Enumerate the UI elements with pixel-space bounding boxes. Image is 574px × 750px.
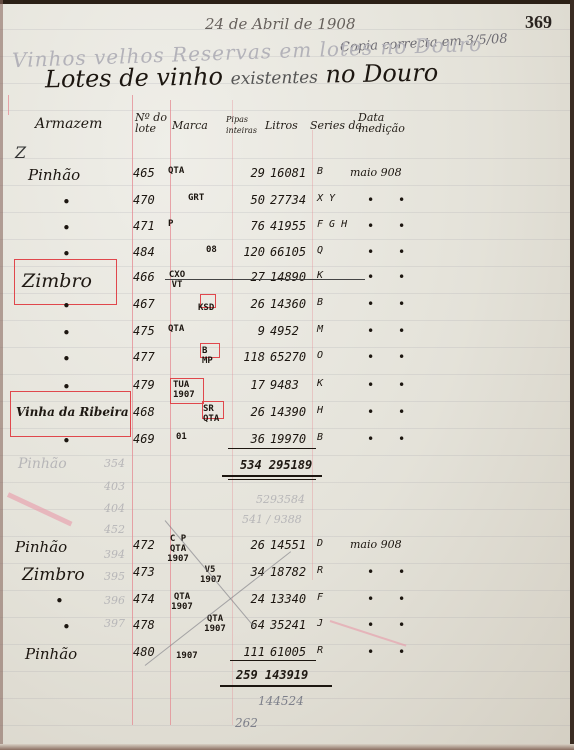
cell-lote: 473	[133, 565, 155, 579]
table-row: Pinhão 472 C P QTA 1907 26 14551 D maio …	[0, 538, 574, 562]
ledger-page: 369 24 de Abril de 1908 Copia correcta e…	[0, 0, 574, 750]
table-row: • 471 P 76 41955 F G H • •	[0, 219, 574, 243]
ditto-mark: •	[398, 193, 405, 207]
cell-serie: X Y	[317, 193, 335, 204]
cell-armazem: •	[55, 592, 64, 610]
ghost-lote: 403	[104, 480, 125, 493]
cell-litros: 35241	[270, 618, 306, 632]
cell-data: maio 908	[350, 166, 402, 179]
cell-pipas: 24	[235, 592, 265, 606]
cell-marca: QTA	[168, 166, 184, 176]
cell-pipas: 50	[235, 193, 265, 207]
cell-armazem: •	[62, 350, 71, 368]
subtotal-1: 534 295189	[240, 458, 312, 472]
ditto-mark: •	[398, 245, 405, 259]
cell-data: •	[367, 270, 374, 284]
cell-marca: CXO VT	[168, 270, 186, 290]
cell-litros: 4952	[270, 324, 299, 338]
sum-underline-2	[230, 660, 316, 661]
ghost-total: 5293584	[256, 493, 305, 506]
cell-serie: F	[317, 592, 323, 603]
cell-lote: 484	[133, 245, 155, 259]
cell-armazem: •	[62, 219, 71, 237]
cell-marca: 01	[176, 432, 187, 442]
cell-serie: R	[317, 565, 323, 576]
cell-litros: 61005	[270, 645, 306, 659]
cell-marca: B MP	[202, 346, 220, 366]
cell-serie: K	[317, 378, 323, 389]
cell-marca: TUA 1907	[173, 380, 201, 400]
cell-lote: 465	[133, 166, 155, 180]
table-row: • 474 QTA 1907 24 13340 F • •	[0, 592, 574, 616]
cell-serie: M	[317, 324, 323, 335]
cell-serie: F G H	[317, 219, 347, 230]
cell-litros: 18782	[270, 565, 306, 579]
cell-armazem: •	[62, 297, 71, 315]
cell-lote: 466	[133, 270, 155, 284]
cell-pipas: 118	[235, 350, 265, 364]
ghost-lote: 354	[104, 457, 125, 470]
ditto-mark: •	[398, 645, 405, 659]
cell-serie: J	[317, 618, 323, 629]
cell-data: maio 908	[350, 538, 402, 551]
cell-litros: 66105	[270, 245, 306, 259]
cell-litros: 14390	[270, 405, 306, 419]
ditto-mark: •	[398, 405, 405, 419]
cell-litros: 27734	[270, 193, 306, 207]
cell-serie: D	[317, 538, 323, 549]
cell-marca: QTA	[168, 324, 184, 334]
cell-armazem: Zimbro	[22, 565, 85, 585]
cell-pipas: 27	[235, 270, 265, 284]
cell-armazem: •	[62, 618, 71, 636]
table-row: Pinhão 465 QTA 29 16081 B maio 908	[0, 166, 574, 190]
ditto-mark: •	[398, 378, 405, 392]
ditto-mark: •	[398, 592, 405, 606]
cell-armazem: •	[62, 324, 71, 342]
subtotal-1-underline	[222, 475, 322, 477]
cell-litros: 19970	[270, 432, 306, 446]
cell-lote: 471	[133, 219, 155, 233]
cell-pipas: 34	[235, 565, 265, 579]
cell-pipas: 36	[235, 432, 265, 446]
cell-lote: 470	[133, 193, 155, 207]
cell-marca: GRT	[188, 193, 204, 203]
col-header-armazem: Armazem	[35, 116, 102, 132]
cell-lote: 467	[133, 297, 155, 311]
cell-data: •	[367, 405, 374, 419]
ghost-total: 541 / 9388	[242, 513, 302, 526]
cell-marca: KSD	[198, 303, 214, 313]
cell-armazem: •	[62, 432, 71, 450]
subtotal-2: 259 143919	[236, 668, 308, 682]
cell-data: •	[367, 432, 374, 446]
cell-lote: 477	[133, 350, 155, 364]
cell-data: •	[367, 324, 374, 338]
cell-serie: B	[317, 432, 323, 443]
ditto-mark: •	[398, 324, 405, 338]
table-row: • 470 GRT 50 27734 X Y • •	[0, 193, 574, 217]
cell-litros: 14551	[270, 538, 306, 552]
table-row: • 469 01 36 19970 B • •	[0, 432, 574, 456]
cell-data: •	[367, 645, 374, 659]
section-marker: Z	[15, 143, 26, 162]
table-row: 466 CXO VT 27 14890 K • •	[0, 270, 574, 294]
margin-tick	[8, 95, 9, 115]
cell-serie: Q	[317, 245, 323, 256]
cell-litros: 14890	[270, 270, 306, 284]
cell-armazem: Pinhão	[28, 166, 80, 184]
subtotal-1-underline-2	[228, 479, 316, 480]
col-header-marca: Marca	[172, 120, 208, 131]
cell-lote: 475	[133, 324, 155, 338]
cell-data: •	[367, 350, 374, 364]
cell-marca: SR QTA	[203, 404, 223, 424]
cell-litros: 65270	[270, 350, 306, 364]
cell-serie: B	[317, 166, 323, 177]
cell-pipas: 120	[235, 245, 265, 259]
cell-data: •	[367, 618, 374, 632]
cell-pipas: 9	[235, 324, 265, 338]
cell-pipas: 17	[235, 378, 265, 392]
cell-pipas: 29	[235, 166, 265, 180]
cell-lote: 468	[133, 405, 155, 419]
cell-data: •	[367, 565, 374, 579]
cell-serie: B	[317, 297, 323, 308]
table-row: • 475 QTA 9 4952 M • •	[0, 324, 574, 348]
ditto-mark: •	[398, 350, 405, 364]
cell-serie: O	[317, 350, 323, 361]
cell-pipas: 26	[235, 538, 265, 552]
cell-litros: 14360	[270, 297, 306, 311]
cell-litros: 16081	[270, 166, 306, 180]
table-row: Zimbro 473 V5 1907 34 18782 R • •	[0, 565, 574, 589]
cell-litros: 13340	[270, 592, 306, 606]
cell-marca: 1907	[176, 651, 198, 661]
cell-armazem: Pinhão	[15, 538, 67, 556]
table-row: Pinhão 480 1907 111 61005 R • •	[0, 645, 574, 669]
ditto-mark: •	[398, 297, 405, 311]
cell-lote: 474	[133, 592, 155, 606]
cell-marca: P	[168, 219, 173, 229]
table-row: • 477 B MP 118 65270 O • •	[0, 350, 574, 374]
pencil-note-2: 262	[235, 716, 258, 730]
ditto-mark: •	[398, 618, 405, 632]
cell-data: •	[367, 378, 374, 392]
title-part-2: existentes	[231, 68, 319, 90]
cell-lote: 479	[133, 378, 155, 392]
pencil-note-1: 144524	[258, 694, 304, 708]
table-row: • 478 QTA 1907 64 35241 J • •	[0, 618, 574, 642]
cell-lote: 472	[133, 538, 155, 552]
cell-pipas: 26	[235, 297, 265, 311]
cell-lote: 478	[133, 618, 155, 632]
sum-underline	[228, 448, 316, 449]
date-line: 24 de Abril de 1908	[205, 15, 356, 33]
table-row: 468 SR QTA 26 14390 H • •	[0, 405, 574, 429]
ghost-lote: 452	[104, 523, 125, 536]
cell-pipas: 111	[235, 645, 265, 659]
ditto-mark: •	[398, 270, 405, 284]
table-row: • 467 KSD 26 14360 B • •	[0, 297, 574, 321]
cell-litros: 9483	[270, 378, 299, 392]
ditto-mark: •	[398, 432, 405, 446]
page-bottom-edge	[0, 744, 574, 750]
cell-marca: QTA 1907	[170, 592, 194, 612]
col-header-pipas: Pipas inteiras	[226, 114, 260, 136]
ghost-lote: 404	[104, 502, 125, 515]
ditto-mark: •	[398, 565, 405, 579]
cell-data: •	[367, 219, 374, 233]
col-header-litros: Litros	[265, 120, 298, 131]
cell-lote: 469	[133, 432, 155, 446]
cell-pipas: 76	[235, 219, 265, 233]
cell-marca: 08	[206, 245, 217, 255]
cell-litros: 41955	[270, 219, 306, 233]
page-number: 369	[525, 12, 552, 33]
col-header-data: Data medição	[358, 112, 408, 134]
ditto-mark: •	[398, 219, 405, 233]
cell-data: •	[367, 193, 374, 207]
title-part-3: no Douro	[325, 59, 438, 89]
cell-pipas: 26	[235, 405, 265, 419]
cell-data: •	[367, 245, 374, 259]
subtotal-2-underline	[220, 685, 332, 687]
cell-data: •	[367, 297, 374, 311]
cell-armazem: •	[62, 193, 71, 211]
ghost-armazem: Pinhão	[18, 456, 67, 472]
cell-lote: 480	[133, 645, 155, 659]
col-header-lote: Nº do lote	[135, 112, 167, 134]
cell-serie: H	[317, 405, 323, 416]
cell-data: •	[367, 592, 374, 606]
title-part-1: Lotes de vinho	[45, 62, 223, 93]
col-header-serie: Series da	[310, 120, 362, 131]
page-top-edge	[0, 0, 574, 4]
cell-serie: R	[317, 645, 323, 656]
strikethrough-line	[165, 279, 365, 280]
cell-armazem: Pinhão	[25, 645, 77, 663]
